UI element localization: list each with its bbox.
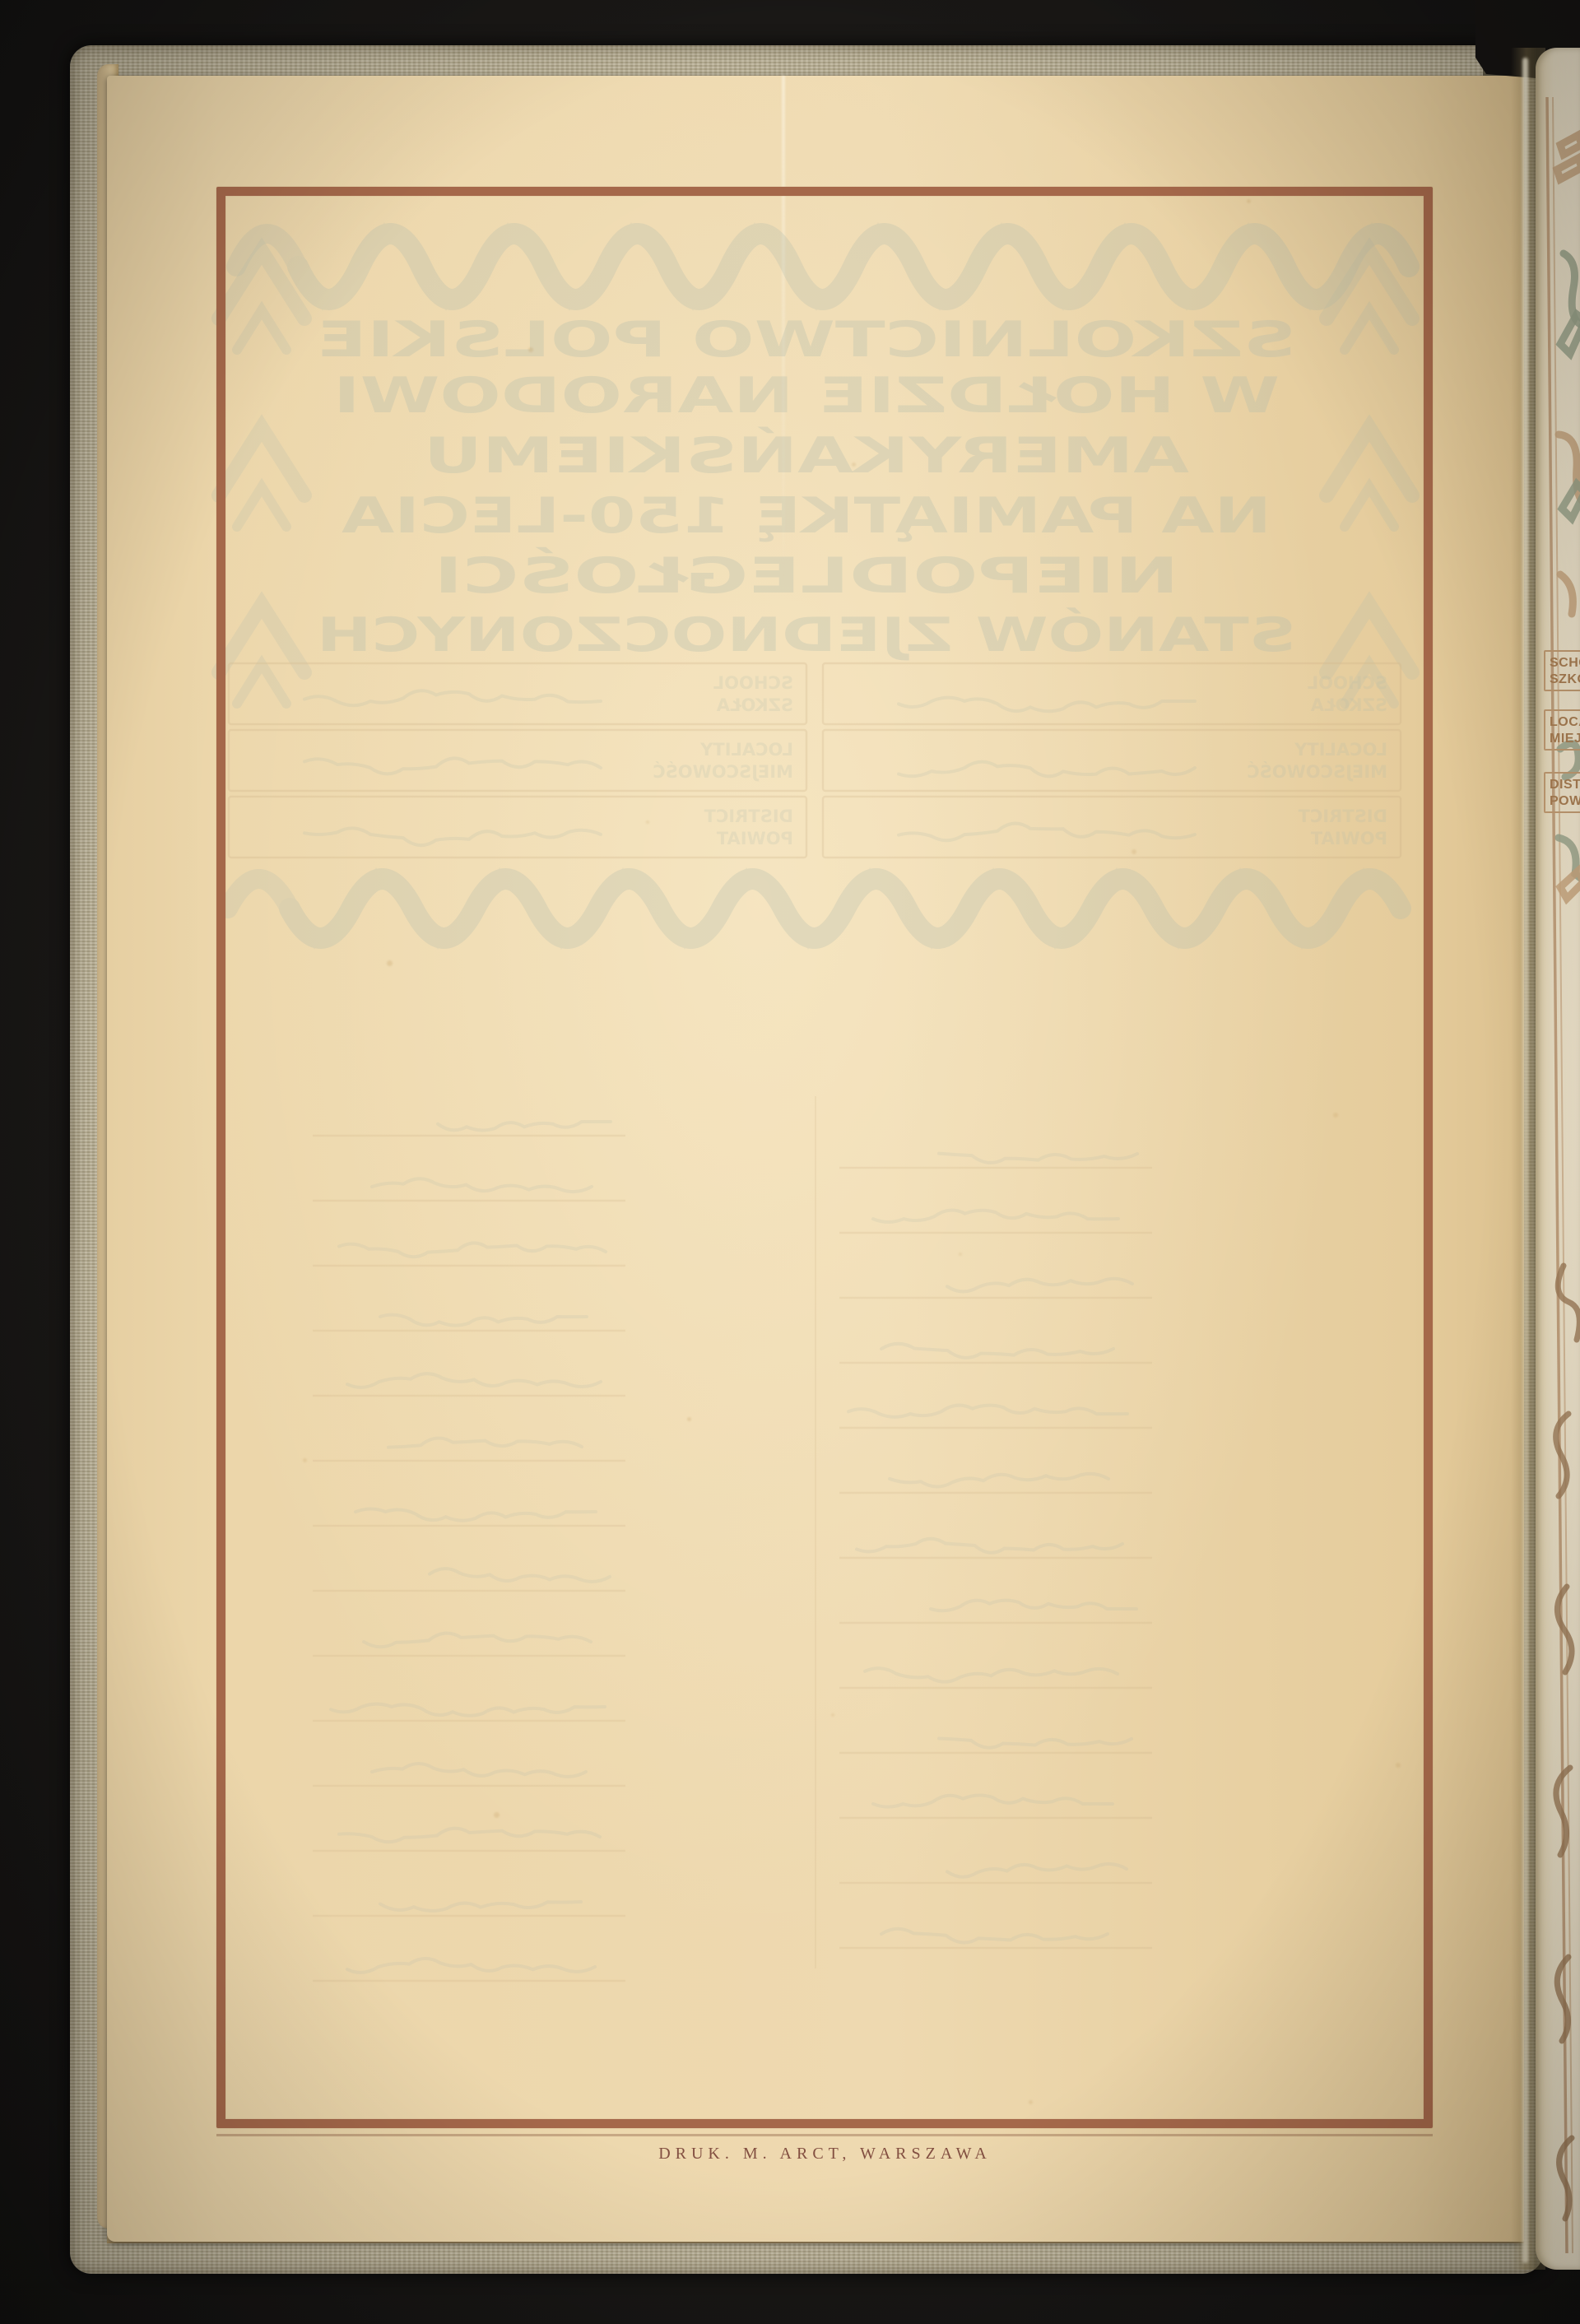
recto-ornament-fragment [1560, 314, 1580, 354]
page-verso: SZKOLNICTWO POLSKIEW HOŁDZIE NARODOWIAME… [107, 76, 1524, 2242]
recto-field-label-pl: SZKOŁA [1550, 672, 1580, 688]
recto-handwriting-stroke [1556, 1414, 1568, 1496]
recto-ornament-fragment [1557, 158, 1580, 179]
recto-ornament-fragment [1560, 871, 1580, 899]
book-photo: { "left_page": { "printer_imprint": "DRU… [0, 0, 1580, 2324]
recto-field-label-pl: MIEJSCOWOŚĆ [1550, 731, 1580, 747]
recto-field-label-en: LOCALITY [1550, 714, 1580, 731]
recto-field-label-en: DISTRICT [1550, 777, 1580, 793]
recto-border-line [1547, 97, 1567, 2253]
recto-field-label-pl: POWIAT [1550, 793, 1580, 810]
recto-form-field-box: LOCALITYMIEJSCOWOŚĆ [1544, 709, 1580, 751]
printer-imprint: DRUK. M. ARCT, WARSZAWA [107, 2145, 1543, 2164]
recto-ornament-fragment [1560, 574, 1573, 614]
page-recto-sliver: SCHOOLSZKOŁALOCALITYMIEJSCOWOŚĆDISTRICTP… [1536, 48, 1580, 2270]
frame-shadow-line [216, 2134, 1433, 2136]
recto-form-field-box: DISTRICTPOWIAT [1544, 772, 1580, 813]
recto-art [1536, 48, 1580, 2270]
gutter-page-edge-highlight [1522, 58, 1528, 2263]
recto-ornament-fragment [1560, 135, 1580, 155]
recto-ornament-fragment [1562, 484, 1580, 518]
recto-handwriting-stroke [1558, 1266, 1579, 1340]
recto-handwriting-stroke [1557, 1957, 1568, 2041]
recto-form-field-box: SCHOOLSZKOŁA [1544, 650, 1580, 691]
page-frame-border [216, 187, 1433, 2128]
recto-handwriting-stroke [1557, 1587, 1572, 1672]
recto-field-label-en: SCHOOL [1550, 655, 1580, 672]
